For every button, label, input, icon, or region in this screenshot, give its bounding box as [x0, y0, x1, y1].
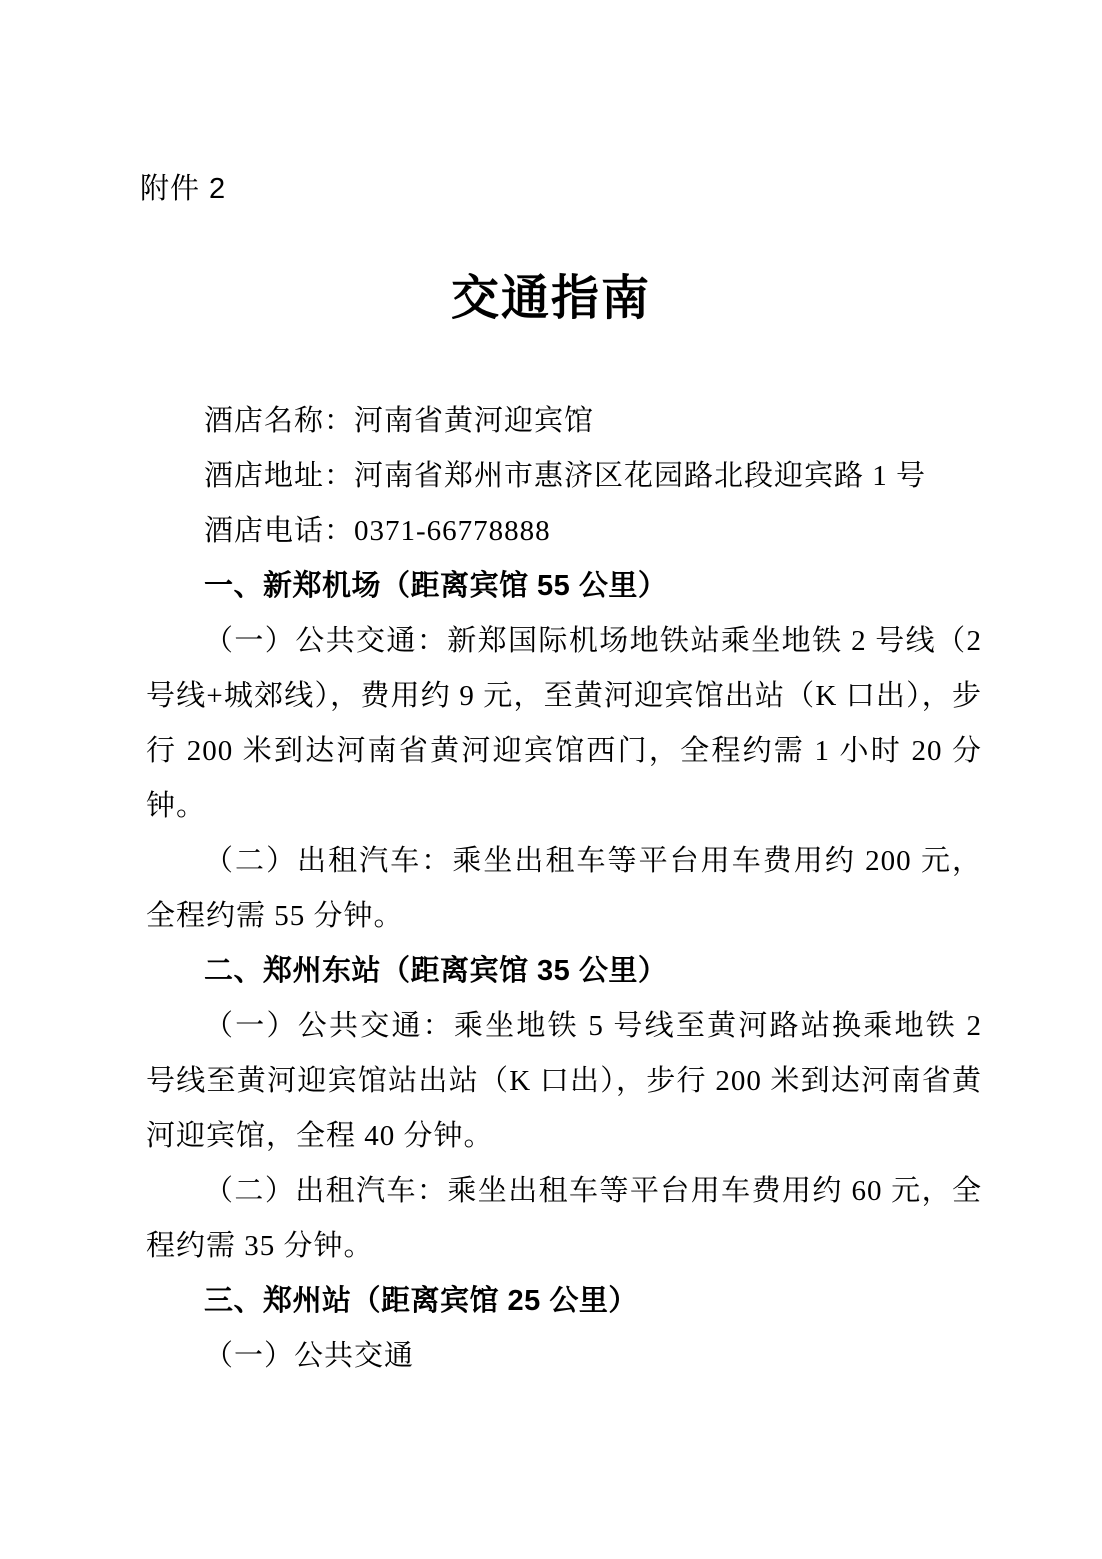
hotel-name-line: 酒店名称：河南省黄河迎宾馆	[146, 394, 982, 449]
section-2-heading: 二、郑州东站（距离宾馆 35 公里）	[146, 944, 982, 999]
document-page: 附件 2 交通指南 酒店名称：河南省黄河迎宾馆 酒店地址：河南省郑州市惠济区花园…	[0, 0, 1102, 1559]
section-1-heading: 一、新郑机场（距离宾馆 55 公里）	[146, 559, 982, 614]
document-body: 酒店名称：河南省黄河迎宾馆 酒店地址：河南省郑州市惠济区花园路北段迎宾路 1 号…	[146, 394, 982, 1384]
section-2-public-transit-paragraph: （一）公共交通：乘坐地铁 5 号线至黄河路站换乘地铁 2 号线至黄河迎宾馆站出站…	[146, 999, 982, 1164]
section-3-public-transit-paragraph: （一）公共交通	[146, 1329, 982, 1384]
section-1-public-transit-paragraph: （一）公共交通：新郑国际机场地铁站乘坐地铁 2 号线（2 号线+城郊线），费用约…	[146, 614, 982, 834]
page-title: 交通指南	[0, 270, 1102, 328]
attachment-label: 附件 2	[140, 170, 1102, 208]
hotel-address-line: 酒店地址：河南省郑州市惠济区花园路北段迎宾路 1 号	[146, 449, 982, 504]
section-2-taxi-paragraph: （二）出租汽车：乘坐出租车等平台用车费用约 60 元，全程约需 35 分钟。	[146, 1164, 982, 1274]
section-1-taxi-paragraph: （二）出租汽车：乘坐出租车等平台用车费用约 200 元，全程约需 55 分钟。	[146, 834, 982, 944]
hotel-phone-line: 酒店电话：0371-66778888	[146, 504, 982, 559]
section-3-heading: 三、郑州站（距离宾馆 25 公里）	[146, 1274, 982, 1329]
